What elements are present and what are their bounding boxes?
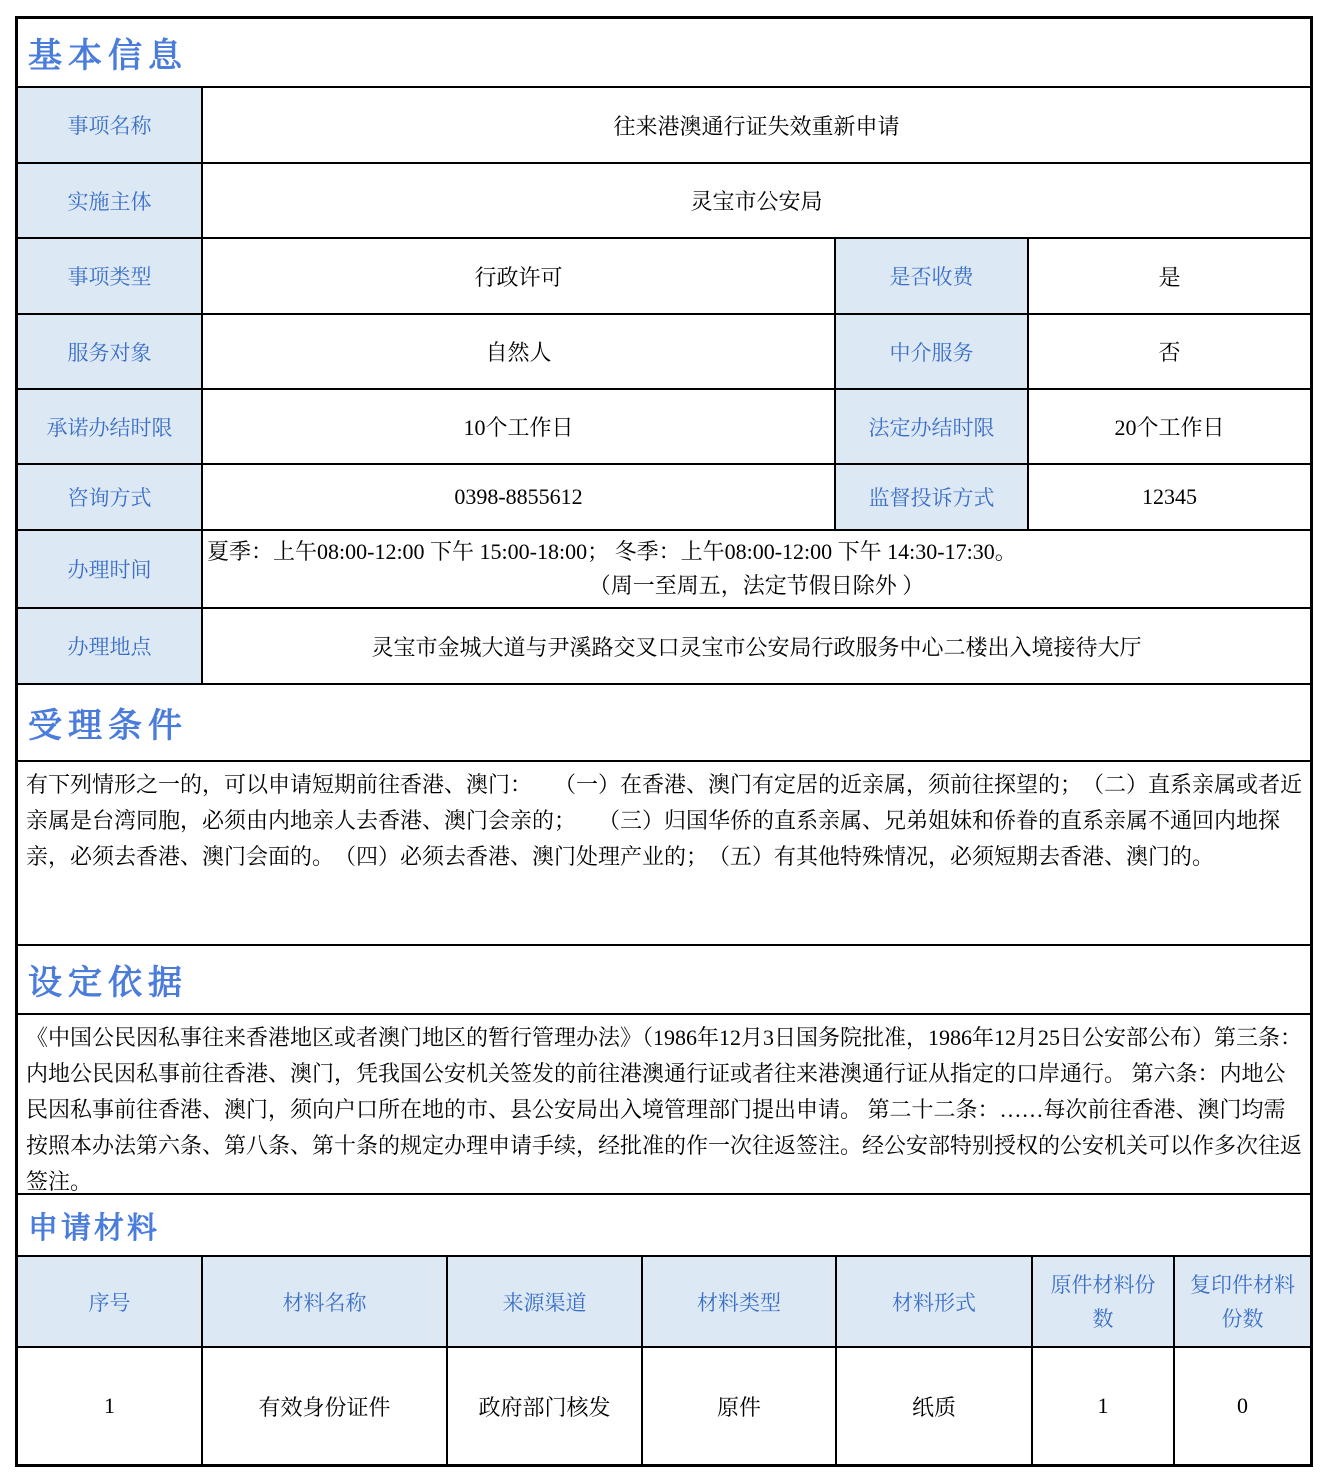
intermediary-value: 否 [1029, 315, 1310, 388]
legal-limit-label: 法定办结时限 [836, 390, 1029, 463]
materials-header-source: 来源渠道 [448, 1257, 643, 1346]
office-hours-line2: （周一至周五，法定节假日除外 ） [207, 569, 1306, 603]
material-index: 1 [18, 1348, 203, 1464]
section-title-basic-info: 基本信息 [18, 19, 1310, 86]
materials-header-copy-count: 复印件材料份数 [1175, 1257, 1310, 1346]
section-title-acceptance: 受理条件 [18, 685, 1310, 760]
row-time-limits: 承诺办结时限 10个工作日 法定办结时限 20个工作日 [18, 390, 1310, 465]
intermediary-label: 中介服务 [836, 315, 1029, 388]
charge-value: 是 [1029, 239, 1310, 313]
legal-limit-value: 20个工作日 [1029, 390, 1310, 463]
acceptance-body-text: 有下列情形之一的，可以申请短期前往香港、澳门： （一）在香港、澳门有定居的近亲属… [18, 762, 1310, 944]
section-materials-header: 申请材料 [18, 1195, 1310, 1257]
row-item-name: 事项名称 往来港澳通行证失效重新申请 [18, 88, 1310, 164]
service-target-label: 服务对象 [18, 315, 203, 388]
item-type-label: 事项类型 [18, 239, 203, 313]
section-title-materials: 申请材料 [18, 1195, 1310, 1255]
row-office-hours: 办理时间 夏季：上午08:00-12:00 下午 15:00-18:00； 冬季… [18, 531, 1310, 609]
material-copy-count: 0 [1175, 1348, 1310, 1464]
section-basis-header: 设定依据 [18, 946, 1310, 1015]
section-title-basis: 设定依据 [18, 946, 1310, 1013]
row-item-type-charge: 事项类型 行政许可 是否收费 是 [18, 239, 1310, 315]
material-source: 政府部门核发 [448, 1348, 643, 1464]
item-type-value: 行政许可 [203, 239, 836, 313]
basis-body-text: 《中国公民因私事往来香港地区或者澳门地区的暂行管理办法》（1986年12月3日国… [18, 1015, 1310, 1193]
office-location-value: 灵宝市金城大道与尹溪路交叉口灵宝市公安局行政服务中心二楼出入境接待大厅 [203, 609, 1310, 683]
consult-value: 0398-8855612 [203, 465, 836, 529]
row-office-location: 办理地点 灵宝市金城大道与尹溪路交叉口灵宝市公安局行政服务中心二楼出入境接待大厅 [18, 609, 1310, 685]
material-original-count: 1 [1033, 1348, 1175, 1464]
acceptance-body-row: 有下列情形之一的，可以申请短期前往香港、澳门： （一）在香港、澳门有定居的近亲属… [18, 762, 1310, 946]
materials-data-row: 1 有效身份证件 政府部门核发 原件 纸质 1 0 [18, 1348, 1310, 1464]
materials-header-original-count: 原件材料份数 [1033, 1257, 1175, 1346]
office-hours-value: 夏季：上午08:00-12:00 下午 15:00-18:00； 冬季：上午08… [203, 531, 1310, 607]
row-consult-complaint: 咨询方式 0398-8855612 监督投诉方式 12345 [18, 465, 1310, 531]
complaint-value: 12345 [1029, 465, 1310, 529]
section-basic-info-header: 基本信息 [18, 19, 1310, 88]
materials-header-row: 序号 材料名称 来源渠道 材料类型 材料形式 原件材料份数 复印件材料份数 [18, 1257, 1310, 1348]
implementer-value: 灵宝市公安局 [203, 164, 1310, 237]
charge-label: 是否收费 [836, 239, 1029, 313]
complaint-label: 监督投诉方式 [836, 465, 1029, 529]
row-implementer: 实施主体 灵宝市公安局 [18, 164, 1310, 239]
item-name-label: 事项名称 [18, 88, 203, 162]
implementer-label: 实施主体 [18, 164, 203, 237]
materials-header-index: 序号 [18, 1257, 203, 1346]
promised-limit-label: 承诺办结时限 [18, 390, 203, 463]
section-acceptance-header: 受理条件 [18, 685, 1310, 762]
service-info-table: 基本信息 事项名称 往来港澳通行证失效重新申请 实施主体 灵宝市公安局 事项类型… [15, 16, 1313, 1467]
item-name-value: 往来港澳通行证失效重新申请 [203, 88, 1310, 162]
service-target-value: 自然人 [203, 315, 836, 388]
basis-body-row: 《中国公民因私事往来香港地区或者澳门地区的暂行管理办法》（1986年12月3日国… [18, 1015, 1310, 1195]
row-service-target-intermediary: 服务对象 自然人 中介服务 否 [18, 315, 1310, 390]
office-location-label: 办理地点 [18, 609, 203, 683]
materials-header-name: 材料名称 [203, 1257, 448, 1346]
materials-header-form: 材料形式 [837, 1257, 1033, 1346]
material-name: 有效身份证件 [203, 1348, 448, 1464]
office-hours-line1: 夏季：上午08:00-12:00 下午 15:00-18:00； 冬季：上午08… [207, 535, 1306, 569]
material-type: 原件 [643, 1348, 837, 1464]
consult-label: 咨询方式 [18, 465, 203, 529]
office-hours-label: 办理时间 [18, 531, 203, 607]
promised-limit-value: 10个工作日 [203, 390, 836, 463]
materials-header-type: 材料类型 [643, 1257, 837, 1346]
material-form: 纸质 [837, 1348, 1033, 1464]
